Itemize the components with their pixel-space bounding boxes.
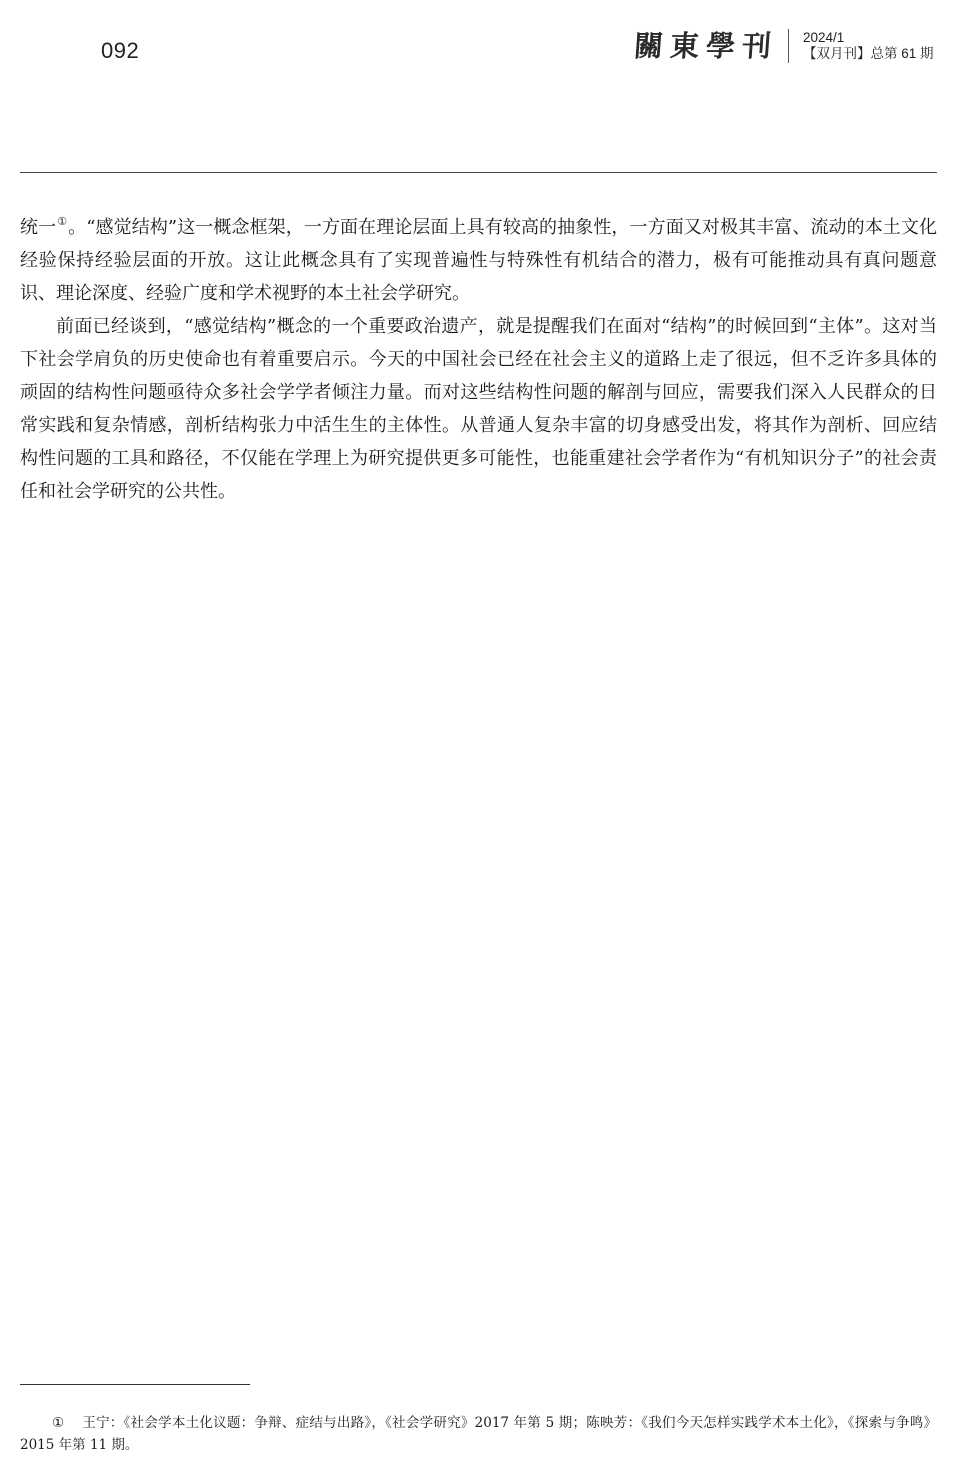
journal-masthead: 關東學刊 2024/1 【双月刊】总第 61 期 (634, 26, 934, 66)
journal-logo: 關東學刊 (633, 32, 779, 61)
header-rule (20, 172, 937, 173)
footnote: ①王宁：《社会学本土化议题：争辩、症结与出路》，《社会学研究》2017 年第 5… (20, 1412, 937, 1456)
issue-number: 【双月刊】总第 61 期 (803, 46, 934, 62)
article-body: 统一①。“感觉结构”这一概念框架，一方面在理论层面上具有较高的抽象性，一方面又对… (20, 211, 937, 508)
issue-date: 2024/1 (803, 30, 934, 46)
paragraph-1-text: 。“感觉结构”这一概念框架，一方面在理论层面上具有较高的抽象性，一方面又对极其丰… (20, 217, 937, 304)
footnote-reference[interactable]: ① (57, 215, 67, 228)
paragraph-1-lead: 统一 (20, 217, 56, 238)
issue-info: 2024/1 【双月刊】总第 61 期 (803, 30, 934, 62)
page-number: 092 (101, 38, 139, 64)
masthead-divider (788, 29, 789, 63)
footnote-rule (20, 1384, 250, 1385)
paragraph-2: 前面已经谈到，“感觉结构”概念的一个重要政治遗产，就是提醒我们在面对“结构”的时… (20, 310, 937, 508)
footnote-number: ① (52, 1412, 64, 1434)
footnote-text: 王宁：《社会学本土化议题：争辩、症结与出路》，《社会学研究》2017 年第 5 … (20, 1415, 937, 1453)
paragraph-1: 统一①。“感觉结构”这一概念框架，一方面在理论层面上具有较高的抽象性，一方面又对… (20, 211, 937, 310)
